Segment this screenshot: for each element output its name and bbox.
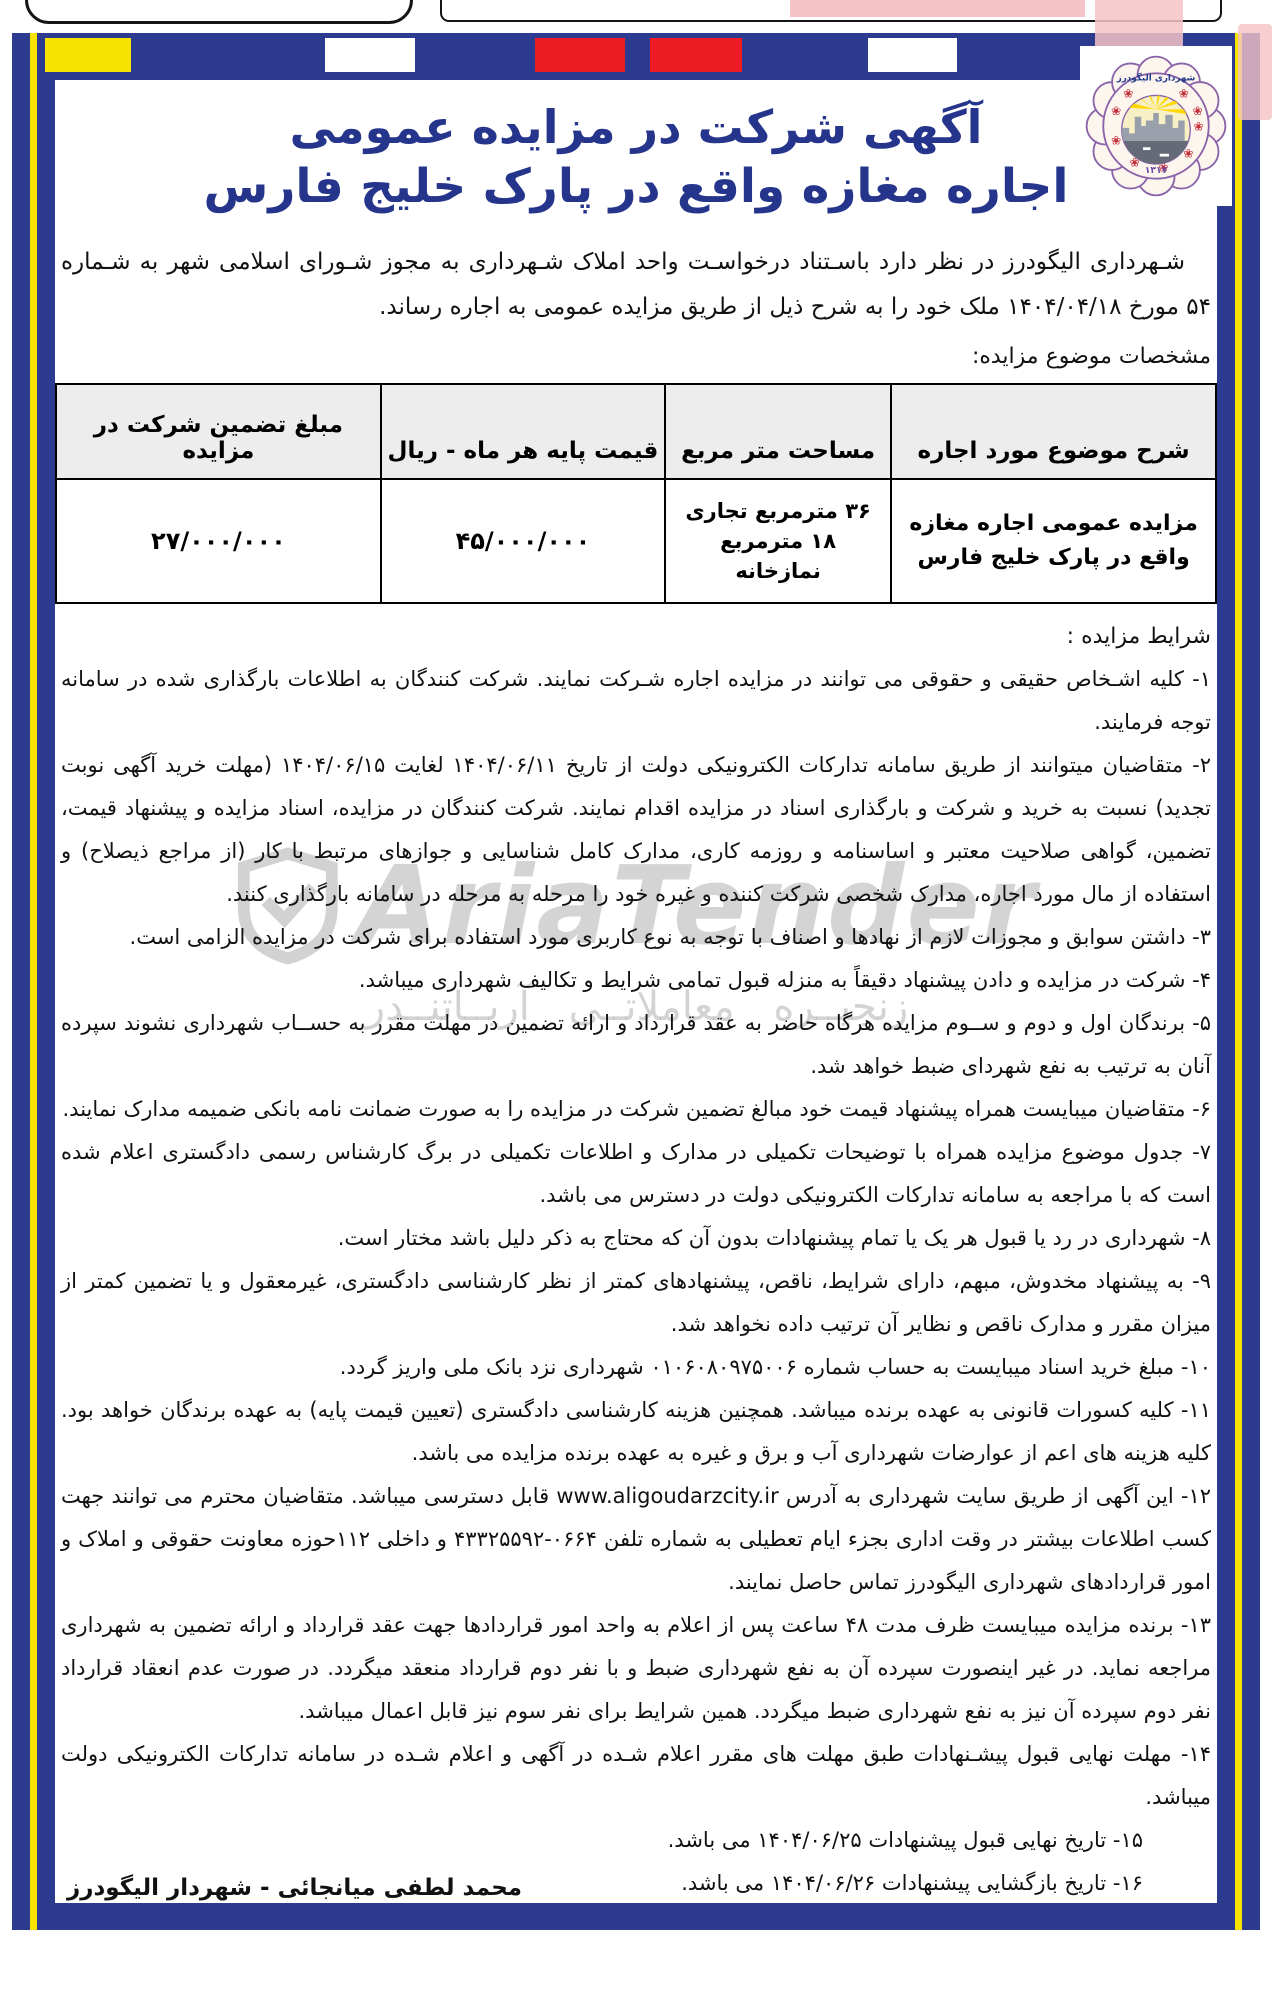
condition-item-15: ۱۵- تاریخ نهایی قبول پیشنهادات ۱۴۰۴/۰۶/۲…: [61, 1819, 1211, 1862]
banner-block-red: [535, 38, 625, 72]
header-base-price: قیمت پایه هر ماه - ریال: [381, 384, 665, 479]
mayor-signature: محمد لطفی میانجائی - شهردار الیگودرز: [67, 1875, 522, 1901]
table-header-row: شرح موضوع مورد اجاره مساحت متر مربع قیمت…: [56, 384, 1216, 479]
svg-text:❀: ❀: [1111, 134, 1121, 148]
condition-item-7: ۷- جدول موضوع مزایده همراه با توضیحات تک…: [61, 1131, 1211, 1217]
condition-item-13: ۱۳- برنده مزایده میبایست ظرف مدت ۴۸ ساعت…: [61, 1604, 1211, 1733]
notice-body: AriaTender زنجیــره معاملاتــی آریــاتنـ…: [55, 80, 1217, 1903]
cell-deposit: ۲۷/۰۰۰/۰۰۰: [56, 479, 381, 603]
banner-block-red: [650, 38, 742, 72]
svg-text:❀: ❀: [1123, 86, 1133, 100]
seal-year: ۱۳۱۷: [1145, 165, 1168, 176]
condition-item-14: ۱۴- مهلت نهایی قبول پیشـنهادات طبق مهلت …: [61, 1733, 1211, 1819]
svg-text:❀: ❀: [1179, 86, 1189, 100]
condition-item-4: ۴- شرکت در مزایده و دادن پیشنهاد دقیقاً …: [61, 959, 1211, 1002]
cutoff-frame-left: [25, 0, 413, 24]
condition-item-1: ۱- کلیه اشـخاص حقیقی و حقوقی می توانند د…: [61, 658, 1211, 744]
condition-item-5: ۵- برندگان اول و دوم و ســوم مزایده هرگا…: [61, 1002, 1211, 1088]
banner-block-white: [325, 38, 415, 72]
condition-item-3: ۳- داشتن سوابق و مجوزات لازم از نهادها و…: [61, 916, 1211, 959]
condition-item-6: ۶- متقاضیان میبایست همراه پیشنهاد قیمت خ…: [61, 1088, 1211, 1131]
header-deposit: مبلغ تضمین شرکت در مزایده: [56, 384, 381, 479]
cell-subject: مزایده عمومی اجاره مغازه واقع در پارک خل…: [891, 479, 1216, 603]
pink-watermark-fragment: [1095, 0, 1183, 46]
header-subject: شرح موضوع مورد اجاره: [891, 384, 1216, 479]
pink-watermark-fragment: [1238, 24, 1272, 120]
frame-yellow-stripe-right: [1235, 33, 1242, 1930]
condition-item-2: ۲- متقاضیان میتوانند از طریق سامانه تدار…: [61, 744, 1211, 916]
svg-text:❀: ❀: [1193, 104, 1203, 118]
auction-subject-table: شرح موضوع مورد اجاره مساحت متر مربع قیمت…: [55, 383, 1217, 604]
table-caption: مشخصات موضوع مزایده:: [55, 336, 1211, 378]
banner-block-yellow: [45, 38, 131, 72]
notice-title-line1: آگهی شرکت در مزایده عمومی: [55, 98, 1217, 156]
banner-block-white: [868, 38, 957, 72]
cell-base-price: ۴۵/۰۰۰/۰۰۰: [381, 479, 665, 603]
intro-paragraph: شـهرداری الیگودرز در نظر دارد باسـتناد د…: [61, 240, 1211, 330]
svg-text:❀: ❀: [1111, 104, 1121, 118]
frame-yellow-stripe-left: [30, 33, 37, 1930]
condition-item-12: ۱۲- این آگهی از طریق سایت شهرداری به آدر…: [61, 1475, 1211, 1604]
condition-item-9: ۹- به پیشنهاد مخدوش، مبهم، دارای شرایط، …: [61, 1260, 1211, 1346]
municipality-seal-icon: ❀❀❀ ❀❀❀ ❀❀❀ شهرداری الیگودرز: [1082, 50, 1230, 202]
table-row: مزایده عمومی اجاره مغازه واقع در پارک خل…: [56, 479, 1216, 603]
conditions-heading: شرایط مزایده :: [55, 616, 1211, 658]
pink-watermark-fragment: [790, 0, 1085, 17]
svg-text:❀: ❀: [1194, 120, 1204, 134]
condition-item-8: ۸- شهرداری در رد یا قبول هر یک یا تمام پ…: [61, 1217, 1211, 1260]
notice-frame: ❀❀❀ ❀❀❀ ❀❀❀ شهرداری الیگودرز: [12, 33, 1260, 1930]
scanned-auction-notice-page: ❀❀❀ ❀❀❀ ❀❀❀ شهرداری الیگودرز: [0, 0, 1272, 1996]
seal-top-text: شهرداری الیگودرز: [1116, 73, 1196, 84]
municipality-seal: ❀❀❀ ❀❀❀ ❀❀❀ شهرداری الیگودرز: [1080, 46, 1232, 206]
notice-title-line2: اجاره مغازه واقع در پارک خلیج فارس: [55, 156, 1217, 218]
cell-area: ۳۶ مترمربع تجاری ۱۸ مترمربع نمازخانه: [665, 479, 891, 603]
condition-item-11: ۱۱- کلیه کسورات قانونی به عهده برنده میب…: [61, 1389, 1211, 1475]
condition-item-10: ۱۰- مبلغ خرید اسناد میبایست به حساب شمار…: [61, 1346, 1211, 1389]
header-area: مساحت متر مربع: [665, 384, 891, 479]
